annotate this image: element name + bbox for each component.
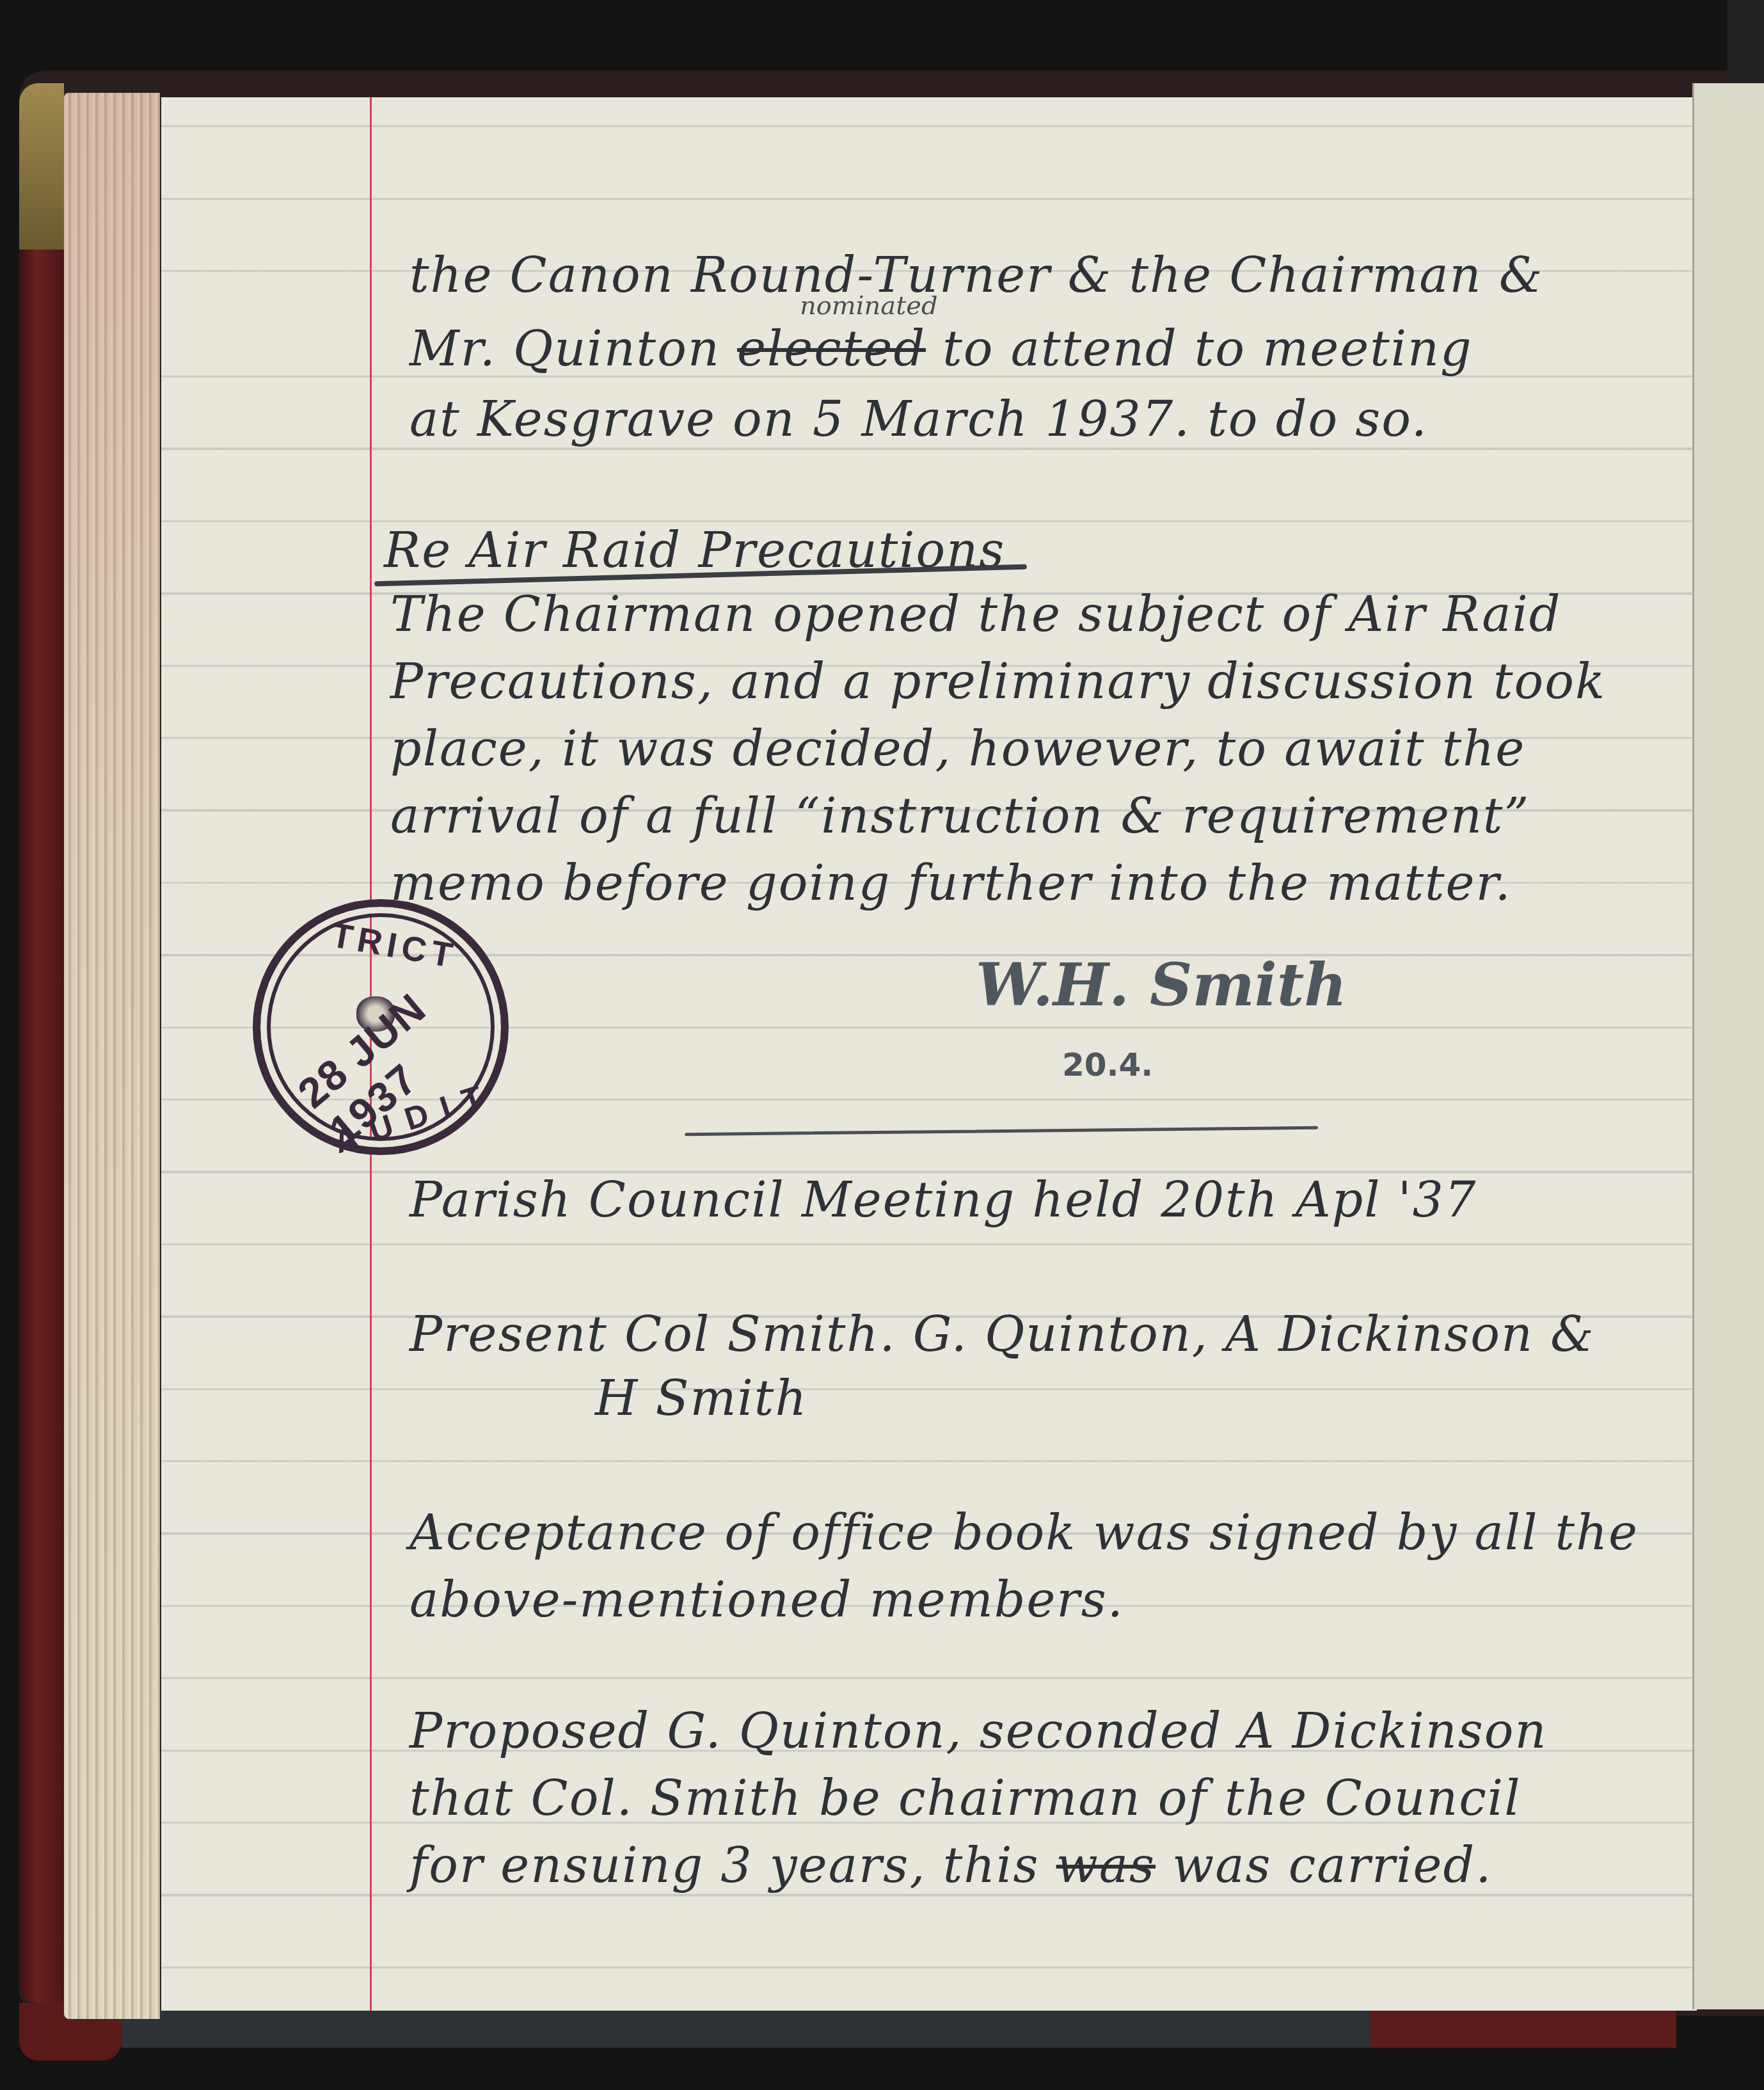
present-line-1: Present Col Smith. G. Quinton, A Dickins… xyxy=(409,1305,1595,1362)
acceptance-line-2: above-mentioned members. xyxy=(409,1571,1124,1628)
air-raid-line-2: Precautions, and a preliminary discussio… xyxy=(390,653,1606,710)
book-cloth-bottom xyxy=(122,2009,1369,2048)
continuation-line-2-start: Mr. Quinton xyxy=(409,320,720,377)
meeting-title: Parish Council Meeting held 20th Apl '37 xyxy=(409,1171,1477,1228)
air-raid-line-1: The Chairman opened the subject of Air R… xyxy=(390,586,1561,642)
present-line-2: H Smith xyxy=(595,1369,807,1426)
book-corner-bottom-right xyxy=(1369,2009,1676,2048)
present-members: Col Smith. G. Quinton, A Dickinson & xyxy=(624,1305,1595,1362)
proposal-struck-word: was xyxy=(1056,1837,1156,1894)
signature-date: 20.4. xyxy=(1062,1046,1153,1083)
page-stack-edges xyxy=(64,93,160,2019)
book-spine-left xyxy=(19,83,64,2003)
proposal-line-3: for ensuing 3 years, this was was carrie… xyxy=(409,1837,1492,1894)
acceptance-line-1: Acceptance of office book was signed by … xyxy=(409,1504,1639,1561)
continuation-line-2: Mr. Quinton elected to attend to meeting xyxy=(409,320,1473,377)
air-raid-line-3: place, it was decided, however, to await… xyxy=(390,720,1525,777)
inserted-word: nominated xyxy=(800,291,938,321)
proposal-line-2: that Col. Smith be chairman of the Counc… xyxy=(409,1769,1521,1826)
continuation-line-2-end: to attend to meeting xyxy=(942,320,1473,377)
present-label: Present xyxy=(409,1305,608,1362)
facing-page-gutter xyxy=(1692,83,1764,2009)
continuation-line-1: the Canon Round-Turner & the Chairman & xyxy=(409,246,1543,303)
proposal-line-3-start: for ensuing 3 years, this xyxy=(409,1837,1040,1894)
district-audit-stamp: TRICT 28 JUN 1937 AUDIT xyxy=(253,899,509,1155)
chairman-signature: W.H. Smith xyxy=(976,950,1347,1019)
air-raid-line-5: memo before going further into the matte… xyxy=(390,854,1512,911)
book-binding-right xyxy=(1728,0,1764,83)
proposal-line-1: Proposed G. Quinton, seconded A Dickinso… xyxy=(409,1702,1547,1759)
proposal-line-3-end: was carried. xyxy=(1172,1837,1492,1894)
struck-word: elected xyxy=(737,320,926,377)
continuation-line-3: at Kesgrave on 5 March 1937. to do so. xyxy=(409,390,1428,447)
air-raid-line-4: arrival of a full “instruction & require… xyxy=(390,787,1530,844)
book-corner-top xyxy=(19,83,64,250)
